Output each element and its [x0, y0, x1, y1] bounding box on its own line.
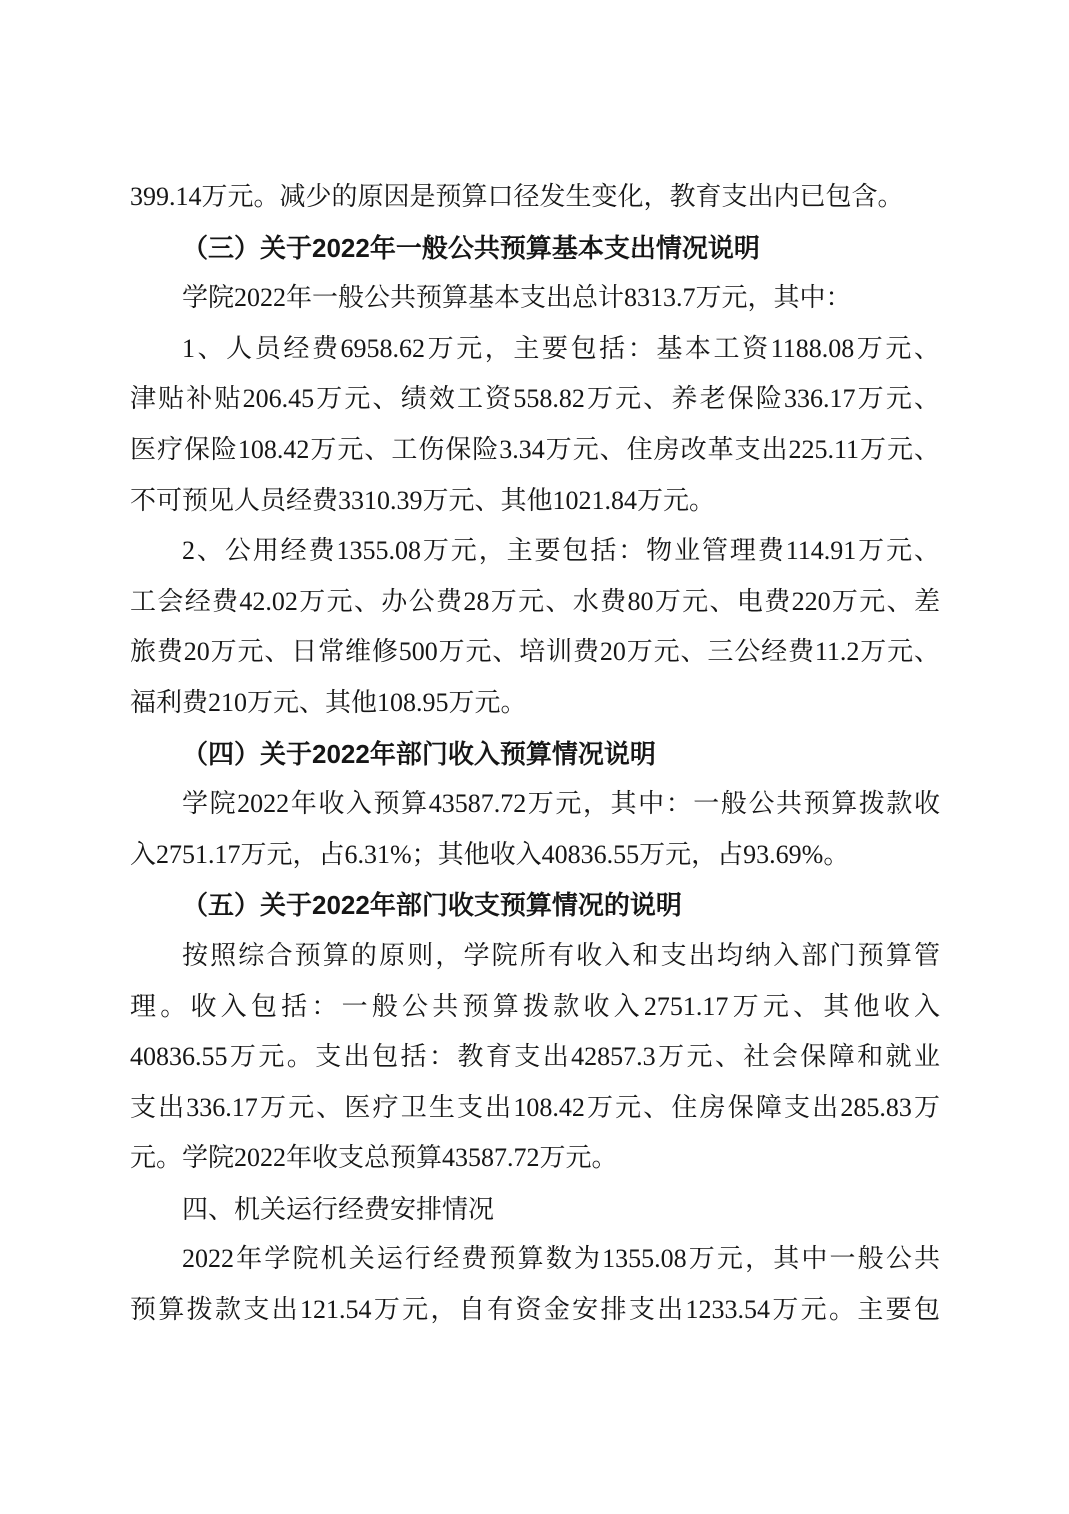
body-text-line: 按照综合预算的原则，学院所有收入和支出均纳入部门预算管	[130, 931, 940, 982]
body-text-line: 1、人员经费6958.62万元，主要包括：基本工资1188.08万元、	[130, 324, 940, 375]
body-text-line: 元。学院2022年收支总预算43587.72万元。	[130, 1133, 940, 1184]
section-heading-line: （五）关于2022年部门收支预算情况的说明	[130, 880, 940, 931]
body-text-line: 津贴补贴206.45万元、绩效工资558.82万元、养老保险336.17万元、	[130, 374, 940, 425]
body-text-line: 旅费20万元、日常维修500万元、培训费20万元、三公经费11.2万元、	[130, 627, 940, 678]
document-page: 399.14万元。减少的原因是预算口径发生变化，教育支出内已包含。（三）关于20…	[0, 0, 1069, 1514]
body-text-line: 理。收入包括：一般公共预算拨款收入2751.17万元、其他收入	[130, 982, 940, 1033]
body-text-line: 预算拨款支出121.54万元，自有资金安排支出1233.54万元。主要包	[130, 1285, 940, 1336]
body-text-line: 40836.55万元。支出包括：教育支出42857.3万元、社会保障和就业	[130, 1032, 940, 1083]
section-heading-line: （四）关于2022年部门收入预算情况说明	[130, 729, 940, 780]
body-text-line: 支出336.17万元、医疗卫生支出108.42万元、住房保障支出285.83万	[130, 1083, 940, 1134]
section-heading-line: （三）关于2022年一般公共预算基本支出情况说明	[130, 223, 940, 274]
body-text-line: 2022年学院机关运行经费预算数为1355.08万元，其中一般公共	[130, 1234, 940, 1285]
body-text-line: 入2751.17万元，占6.31%；其他收入40836.55万元，占93.69%…	[130, 830, 940, 881]
body-text-line: 学院2022年一般公共预算基本支出总计8313.7万元，其中：	[130, 273, 940, 324]
document-text: 399.14万元。减少的原因是预算口径发生变化，教育支出内已包含。（三）关于20…	[130, 172, 940, 1336]
body-text-line: 福利费210万元、其他108.95万元。	[130, 678, 940, 729]
body-text-line: 2、公用经费1355.08万元，主要包括：物业管理费114.91万元、	[130, 526, 940, 577]
body-text-line: 399.14万元。减少的原因是预算口径发生变化，教育支出内已包含。	[130, 172, 940, 223]
body-text-line: 不可预见人员经费3310.39万元、其他1021.84万元。	[130, 476, 940, 527]
body-text-line: 学院2022年收入预算43587.72万元，其中：一般公共预算拨款收	[130, 779, 940, 830]
body-text-line: 医疗保险108.42万元、工伤保险3.34万元、住房改革支出225.11万元、	[130, 425, 940, 476]
section-heading-line: 四、机关运行经费安排情况	[130, 1184, 940, 1235]
body-text-line: 工会经费42.02万元、办公费28万元、水费80万元、电费220万元、差	[130, 577, 940, 628]
